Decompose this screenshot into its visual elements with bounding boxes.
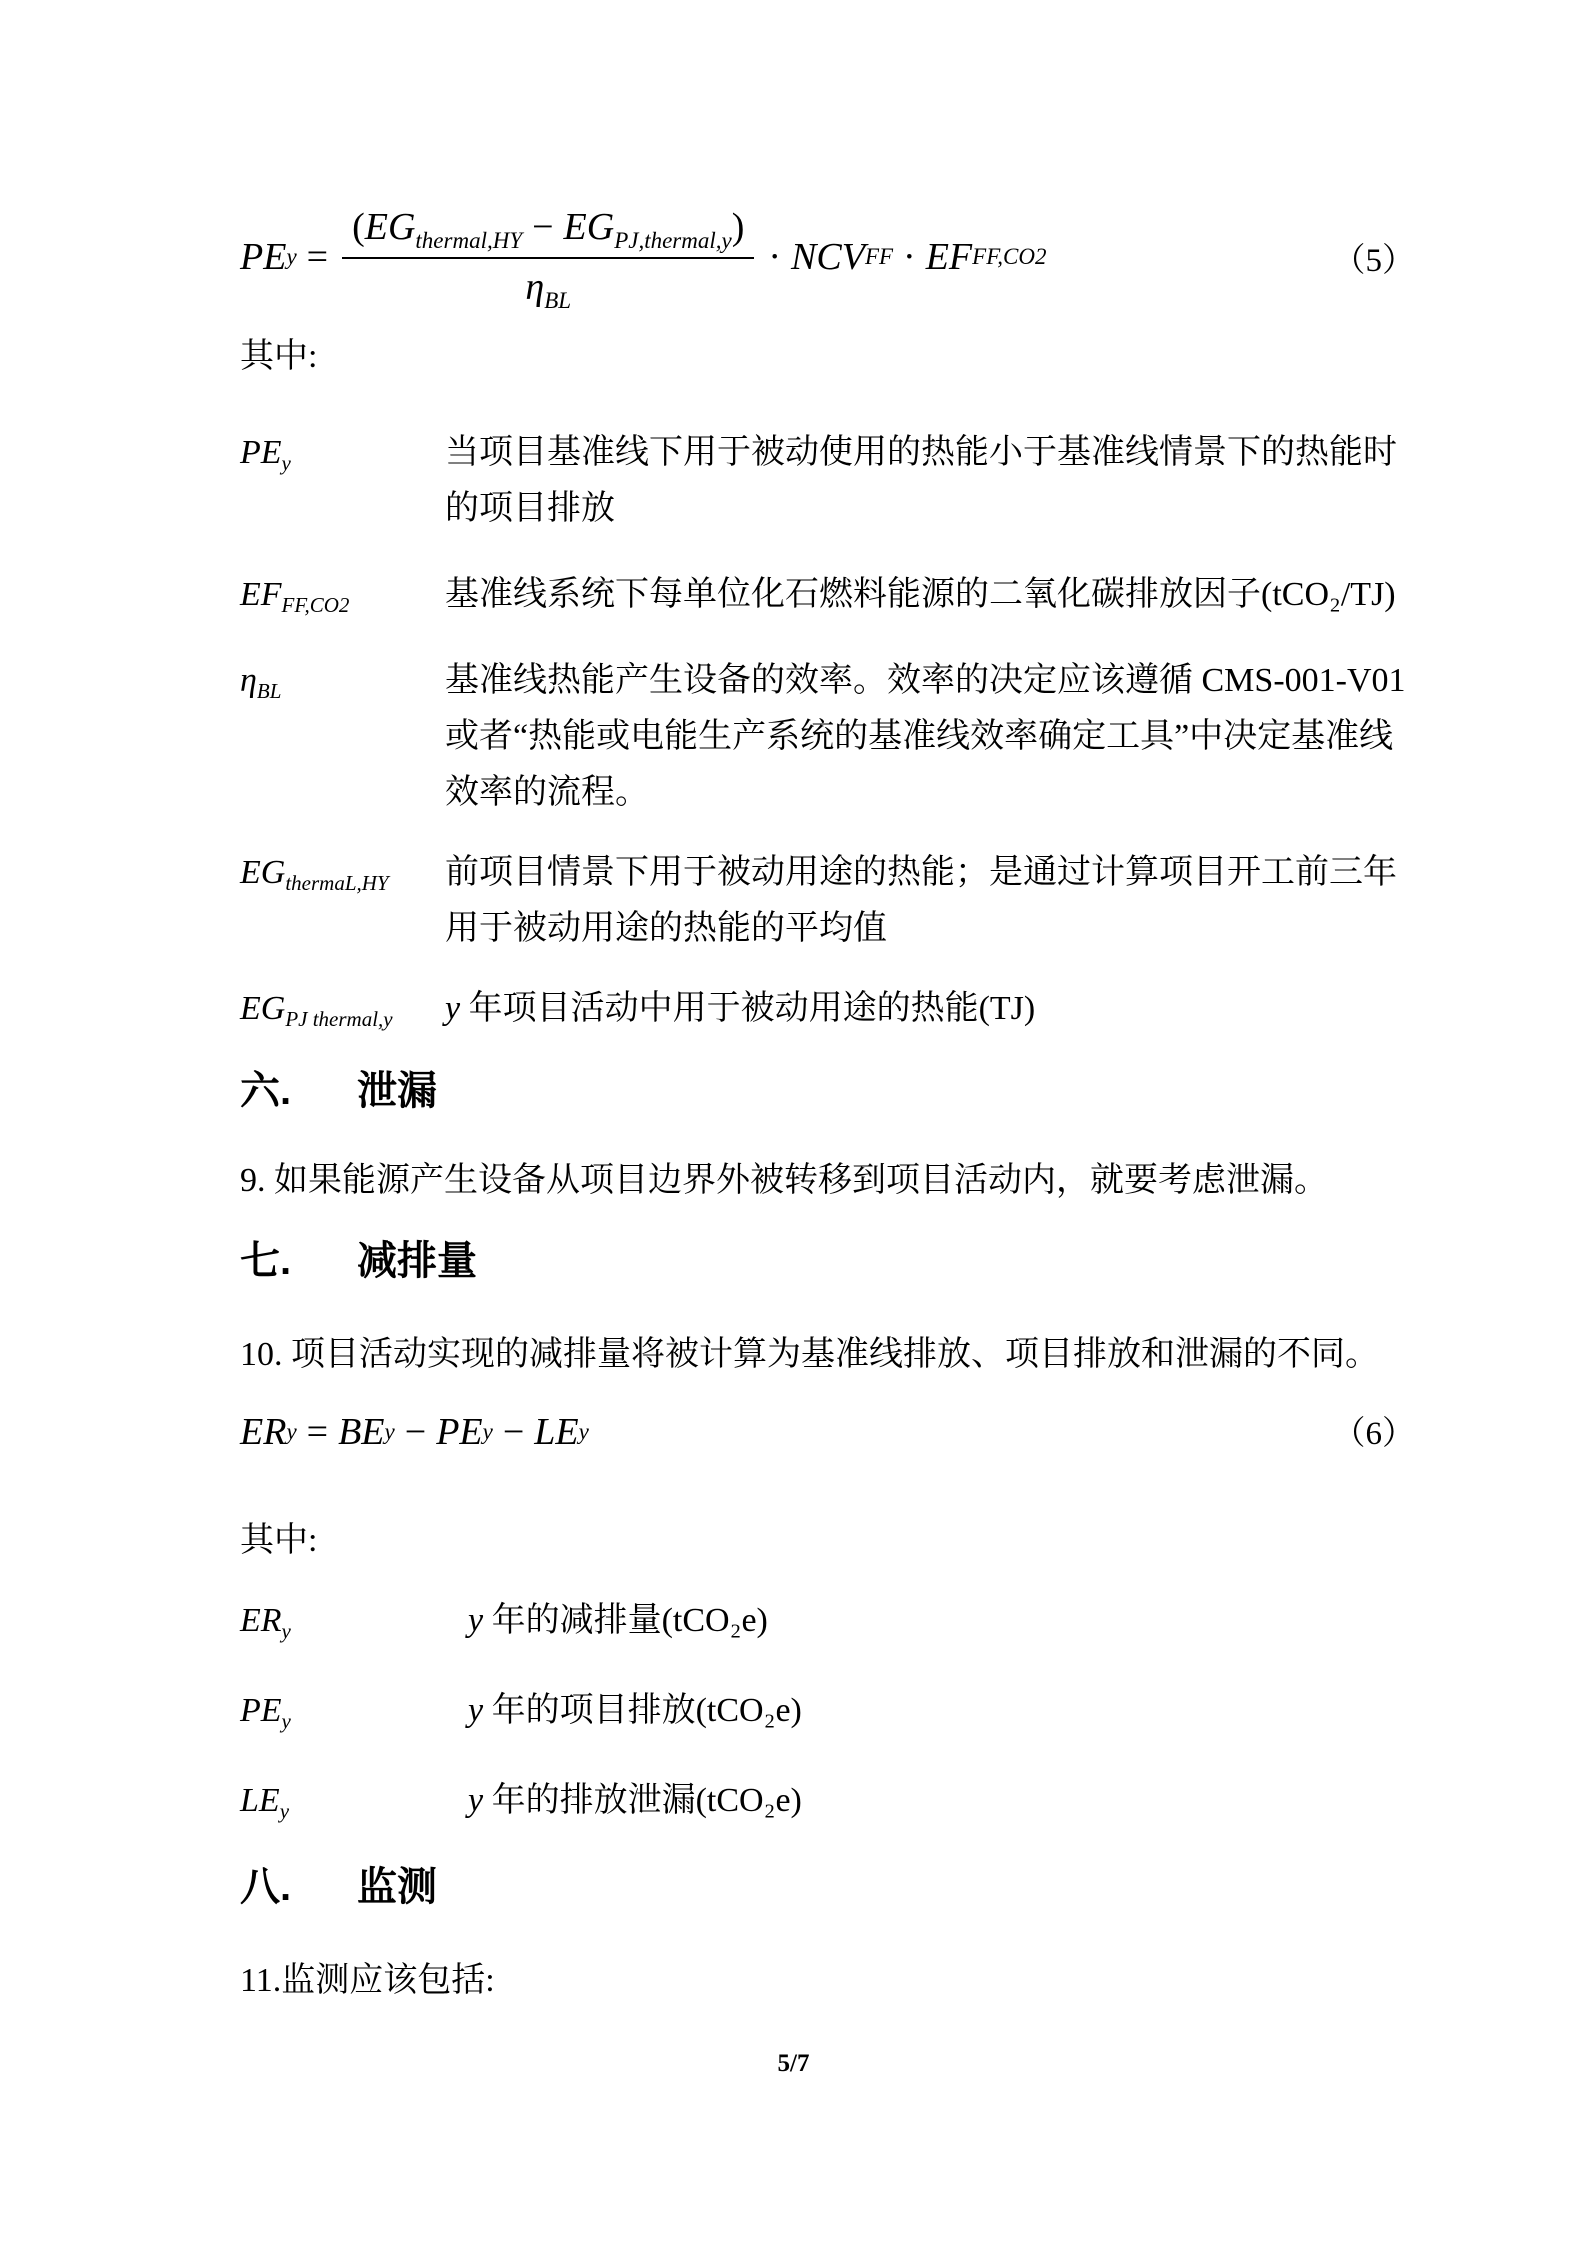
where-label: 其中:	[240, 1513, 1415, 1569]
section-number: 八.	[240, 1863, 357, 1911]
fraction-denominator: ηBL	[525, 259, 571, 309]
var-eta-bl: η	[525, 266, 544, 308]
definition-row-pe-y: PEy 当项目基准线下用于被动使用的热能小于基准线情景下的热能时 的项目排放	[240, 425, 1415, 537]
symbol-eg-pj-thermal-y: EGPJ thermal,y	[240, 981, 445, 1037]
symbol-er-y: ERy	[240, 1593, 468, 1649]
symbol-le-y: LEy	[240, 1773, 468, 1829]
definition-text: 前项目情景下用于被动用途的热能；是通过计算项目开工前三年 用于被动用途的热能的平…	[445, 845, 1415, 957]
section-title: 减排量	[357, 1237, 477, 1285]
section-title: 泄漏	[357, 1067, 437, 1115]
symbol-eg-thermal-hy: EGthermaL,HY	[240, 845, 445, 957]
definition-row-eta-bl: ηBL 基准线热能产生设备的效率。效率的决定应该遵循 CMS-001-V01 或…	[240, 653, 1415, 821]
paragraph-11: 11.监测应该包括:	[240, 1953, 1415, 2009]
var-eg-pj-thermal-y: EG	[564, 206, 615, 248]
definition-list-2: ERy y 年的减排量(tCO₂e) PEy y 年的项目排放(tCO₂e) L…	[240, 1593, 1415, 1829]
multiplication-dot: ·	[893, 235, 926, 279]
definition-text: 当项目基准线下用于被动使用的热能小于基准线情景下的热能时 的项目排放	[445, 425, 1415, 537]
page-number: 5/7	[0, 2050, 1587, 2078]
var-er-y: ER	[240, 1410, 286, 1454]
section-title: 监测	[357, 1863, 437, 1911]
equals-sign: =	[297, 235, 338, 279]
section-number: 六.	[240, 1067, 357, 1115]
symbol-pe-y: PEy	[240, 425, 445, 537]
definition-row-eg-thermal-hy: EGthermaL,HY 前项目情景下用于被动用途的热能；是通过计算项目开工前三…	[240, 845, 1415, 957]
definition-text: y 年的项目排放(tCO₂e)	[468, 1683, 1415, 1739]
equation-number-6: （6）	[1333, 1407, 1416, 1454]
fraction: (EGthermal,HY−EGPJ,thermal,y) ηBL	[342, 205, 754, 309]
var-ef-ff-co2: EF	[926, 235, 972, 279]
section-heading-monitoring: 八. 监测	[240, 1863, 1415, 1911]
fraction-numerator: (EGthermal,HY−EGPJ,thermal,y)	[342, 205, 754, 259]
where-label: 其中:	[240, 329, 1415, 385]
definition-text: y 年项目活动中用于被动用途的热能(TJ)	[445, 981, 1415, 1037]
definition-list-1: PEy 当项目基准线下用于被动使用的热能小于基准线情景下的热能时 的项目排放 E…	[240, 425, 1415, 1037]
minus-sign: −	[522, 206, 563, 248]
symbol-pe-y: PEy	[240, 1683, 468, 1739]
symbol-eta-bl: ηBL	[240, 653, 445, 821]
equation-5-expression: PEy = (EGthermal,HY−EGPJ,thermal,y) ηBL …	[240, 205, 1046, 309]
section-number: 七.	[240, 1237, 357, 1285]
definition-row-er-y: ERy y 年的减排量(tCO₂e)	[240, 1593, 1415, 1649]
definition-row-le-y: LEy y 年的排放泄漏(tCO₂e)	[240, 1773, 1415, 1829]
equals-sign: =	[297, 1410, 338, 1454]
var-pe: PE	[240, 235, 286, 279]
equation-5: PEy = (EGthermal,HY−EGPJ,thermal,y) ηBL …	[240, 205, 1415, 309]
definition-row-eg-pj-thermal-y: EGPJ thermal,y y 年项目活动中用于被动用途的热能(TJ)	[240, 981, 1415, 1037]
minus-sign: −	[395, 1410, 436, 1454]
page-content: PEy = (EGthermal,HY−EGPJ,thermal,y) ηBL …	[240, 205, 1415, 2009]
var-le-y: LE	[534, 1410, 578, 1454]
equation-6: ERy = BEy − PEy − LEy （6）	[240, 1407, 1415, 1463]
equation-number-5: （5）	[1333, 234, 1416, 281]
var-be-y: BE	[338, 1410, 384, 1454]
definition-text: y 年的排放泄漏(tCO₂e)	[468, 1773, 1415, 1829]
paragraph-9: 9. 如果能源产生设备从项目边界外被转移到项目活动内，就要考虑泄漏。	[240, 1153, 1415, 1209]
document-page: PEy = (EGthermal,HY−EGPJ,thermal,y) ηBL …	[0, 0, 1587, 2245]
symbol-ef-ff-co2: EFFF,CO2	[240, 567, 445, 623]
var-eg-thermal-hy: EG	[365, 206, 416, 248]
multiplication-dot: ·	[758, 235, 791, 279]
section-heading-emission-reductions: 七. 减排量	[240, 1237, 1415, 1285]
var-pe-y: PE	[436, 1410, 482, 1454]
section-heading-leakage: 六. 泄漏	[240, 1067, 1415, 1115]
paragraph-10: 10. 项目活动实现的减排量将被计算为基准线排放、项目排放和泄漏的不同。	[240, 1327, 1415, 1383]
definition-text: 基准线热能产生设备的效率。效率的决定应该遵循 CMS-001-V01 或者“热能…	[445, 653, 1415, 821]
minus-sign: −	[493, 1410, 534, 1454]
definition-row-pe-y-2: PEy y 年的项目排放(tCO₂e)	[240, 1683, 1415, 1739]
definition-text: y 年的减排量(tCO₂e)	[468, 1593, 1415, 1649]
definition-row-ef-ff-co2: EFFF,CO2 基准线系统下每单位化石燃料能源的二氧化碳排放因子(tCO₂/T…	[240, 567, 1415, 623]
var-ncv-ff: NCV	[791, 235, 865, 279]
definition-text: 基准线系统下每单位化石燃料能源的二氧化碳排放因子(tCO₂/TJ)	[445, 567, 1415, 623]
equation-6-expression: ERy = BEy − PEy − LEy	[240, 1410, 589, 1454]
